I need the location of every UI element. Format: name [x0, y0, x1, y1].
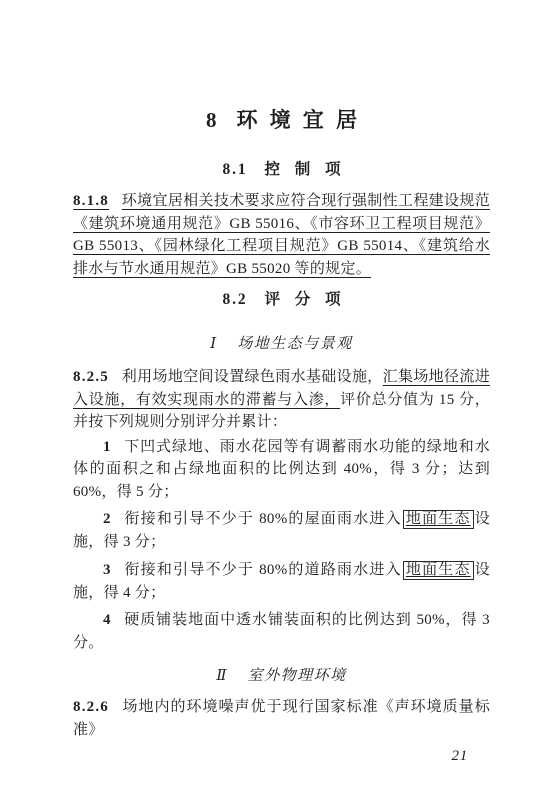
- list-item-2-text-pre: 衔接和引导不少于 80%的屋面雨水进入: [124, 511, 402, 527]
- clause-8-1-8: 8.1.8环境宜居相关技术要求应符合现行强制性工程建设规范《建筑环境通用规范》G…: [73, 190, 490, 280]
- list-item-1-number: 1: [103, 439, 124, 455]
- subsection-2-numeral: Ⅱ: [216, 668, 228, 684]
- boxed-term-ground-ecology: 地面生态: [403, 510, 474, 529]
- section-8-2-heading: 8.2评分项: [73, 290, 490, 310]
- list-item-3-text-pre: 衔接和引导不少于 80%的道路雨水进入: [124, 562, 402, 578]
- clause-8-1-8-number: 8.1.8: [73, 193, 122, 209]
- clause-8-2-6-number: 8.2.6: [73, 699, 122, 715]
- chapter-title: 环境宜居: [236, 108, 369, 132]
- clause-8-2-5-number: 8.2.5: [73, 369, 122, 385]
- list-item-3-number: 3: [103, 562, 124, 578]
- clause-8-2-5: 8.2.5利用场地空间设置绿色雨水基础设施，汇集场地径流进入设施，有效实现雨水的…: [73, 366, 490, 434]
- page-number: 21: [73, 746, 490, 766]
- section-8-1-heading: 8.1控制项: [73, 160, 490, 180]
- section-8-1-title: 控制项: [265, 161, 356, 178]
- clause-8-2-6: 8.2.6场地内的环境噪声优于现行国家标准《声环境质量标准》: [73, 696, 490, 741]
- clause-8-2-6-text: 场地内的环境噪声优于现行国家标准《声环境质量标准》: [73, 699, 490, 738]
- subsection-2-title: 室外物理环境: [248, 668, 347, 684]
- document-page: 8环境宜居 8.1控制项 8.1.8环境宜居相关技术要求应符合现行强制性工程建设…: [0, 0, 552, 799]
- clause-8-1-8-text: 环境宜居相关技术要求应符合现行强制性工程建设规范《建筑环境通用规范》GB 550…: [73, 193, 490, 277]
- list-item-1-text: 下凹式绿地、雨水花园等有调蓄雨水功能的绿地和水体的面积之和占绿地面积的比例达到 …: [73, 439, 490, 500]
- clause-8-2-5-lead: 利用场地空间设置绿色雨水基础设施，: [122, 369, 383, 385]
- list-item-4-text: 硬质铺装地面中透水铺装面积的比例达到 50%，得 3 分。: [73, 612, 490, 651]
- chapter-heading: 8环境宜居: [73, 108, 490, 132]
- boxed-term-ground-ecology: 地面生态: [403, 561, 474, 580]
- list-item-2: 2衔接和引导不少于 80%的屋面雨水进入地面生态设施，得 3 分；: [73, 508, 490, 553]
- list-item-4-number: 4: [103, 612, 124, 628]
- list-item-4: 4硬质铺装地面中透水铺装面积的比例达到 50%，得 3 分。: [73, 609, 490, 654]
- subsection-1-heading: Ⅰ场地生态与景观: [73, 334, 490, 354]
- subsection-1-numeral: Ⅰ: [210, 336, 217, 352]
- subsection-2-heading: Ⅱ室外物理环境: [73, 666, 490, 686]
- chapter-number: 8: [206, 108, 218, 132]
- list-item-3: 3衔接和引导不少于 80%的道路雨水进入地面生态设施，得 4 分；: [73, 559, 490, 604]
- list-item-2-number: 2: [103, 511, 124, 527]
- section-8-1-number: 8.1: [223, 161, 248, 178]
- section-8-2-number: 8.2: [223, 291, 248, 308]
- list-item-1: 1下凹式绿地、雨水花园等有调蓄雨水功能的绿地和水体的面积之和占绿地面积的比例达到…: [73, 436, 490, 504]
- section-8-2-title: 评分项: [265, 291, 356, 308]
- subsection-1-title: 场地生态与景观: [237, 336, 353, 352]
